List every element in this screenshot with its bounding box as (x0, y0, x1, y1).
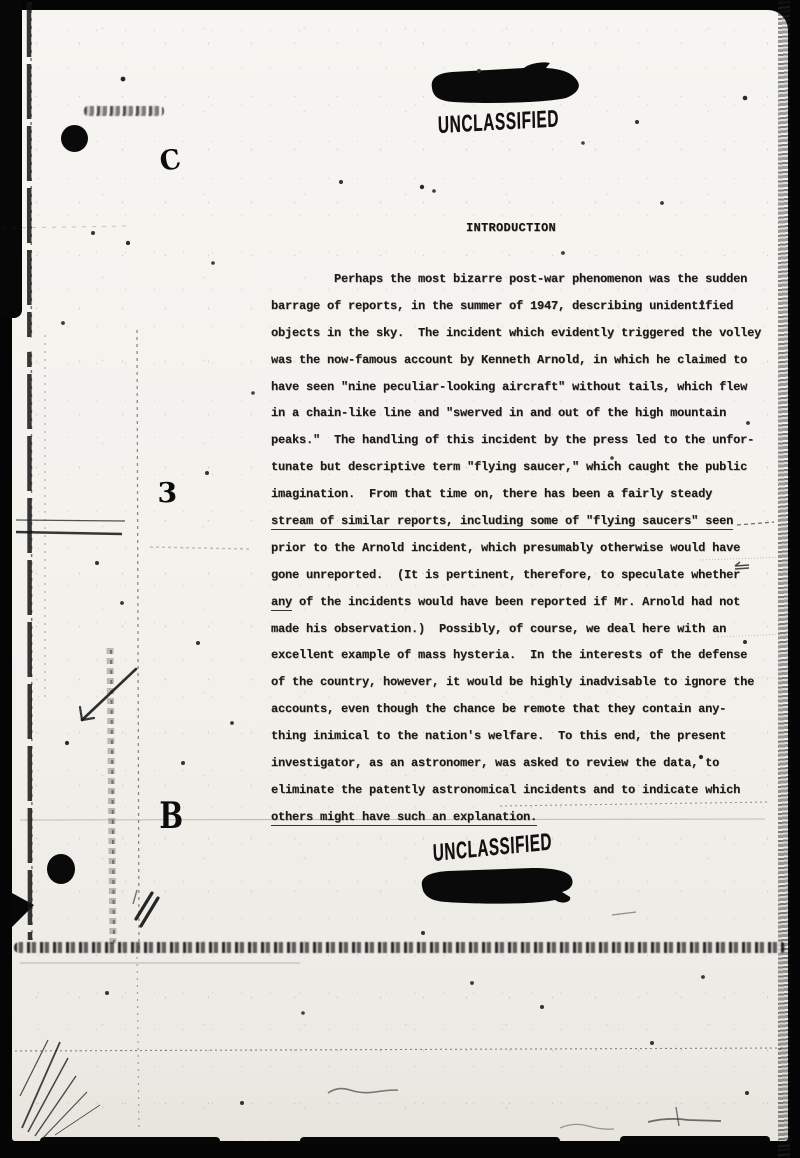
text-line: was the now-famous account by Kenneth Ar… (271, 353, 781, 380)
scratch-line-vertical (137, 330, 139, 950)
pencil-stroke (676, 1107, 679, 1126)
text-line: any of the incidents would have been rep… (271, 595, 781, 622)
pen-mark-squiggle: 3 (158, 478, 178, 509)
text-line: imagination. From that time on, there ha… (271, 487, 781, 514)
text-line: gone unreported. (It is pertinent, there… (271, 568, 781, 595)
pen-mark-b: B (159, 795, 183, 837)
scratch-line-vertical (111, 650, 114, 943)
scanned-document-page: UNCLASSIFIED INTRODUCTION Perhaps the mo… (0, 0, 800, 1158)
text-line: made his observation.) Possibly, of cour… (271, 622, 781, 649)
ink-smudge (84, 106, 164, 116)
scan-edge-shadow-bottom (300, 1137, 560, 1143)
text-line: have seen "nine peculiar-looking aircraf… (271, 380, 781, 407)
scratch-line-horizontal (15, 1048, 785, 1051)
pencil-squiggle (560, 1124, 614, 1129)
pencil-squiggle (328, 1089, 398, 1093)
scan-edge-shadow-topleft (0, 0, 22, 318)
page-content: UNCLASSIFIED INTRODUCTION Perhaps the mo… (0, 0, 800, 1158)
unclassified-stamp-top: UNCLASSIFIED (438, 105, 560, 140)
scan-edge-shadow-left (12, 893, 34, 927)
section-heading: INTRODUCTION (466, 221, 556, 235)
scan-white-notch (20, 337, 37, 352)
text-line: Perhaps the most bizarre post-war phenom… (271, 272, 781, 299)
punch-hole-top (61, 125, 88, 152)
scan-edge-shadow-bottom (620, 1136, 770, 1144)
pen-slashes (136, 893, 158, 926)
pencil-stroke (648, 1119, 721, 1122)
text-line: excellent example of mass hysteria. In t… (271, 648, 781, 675)
scratch-line-horizontal (16, 532, 122, 534)
scratch-line-vertical (31, 2, 32, 940)
pen-slashes (133, 890, 137, 904)
scratch-line-horizontal (612, 912, 636, 915)
text-line: barrage of reports, in the summer of 194… (271, 299, 781, 326)
scratch-line-vertical (29, 2, 30, 940)
text-line: of the country, however, it would be hig… (271, 675, 781, 702)
redaction-bar-bottom (412, 862, 584, 908)
text-line: prior to the Arnold incident, which pres… (271, 541, 781, 568)
text-line: stream of similar reports, including som… (271, 514, 781, 541)
pen-checkmark (82, 669, 136, 720)
pen-mark-c: C (157, 144, 183, 179)
pen-checkmark (80, 707, 94, 720)
scan-edge-shadow-bottom (40, 1137, 220, 1144)
text-line: peaks." The handling of this incident by… (271, 433, 781, 460)
text-line: eliminate the patently astronomical inci… (271, 783, 781, 810)
redaction-bar-top (424, 58, 594, 110)
scratch-fan (20, 1040, 100, 1138)
text-line: investigator, as an astronomer, was aske… (271, 756, 781, 783)
text-line: thing inimical to the nation's welfare. … (271, 729, 781, 756)
text-line: in a chain-like line and "swerved in and… (271, 406, 781, 433)
text-line: tunate but descriptive term "flying sauc… (271, 460, 781, 487)
scratch-line-vertical (137, 950, 139, 1132)
ink-flecks (0, 0, 2, 2)
scratch-line-vertical (110, 648, 113, 945)
body-text: Perhaps the most bizarre post-war phenom… (271, 272, 781, 837)
scratch-line-horizontal (16, 520, 125, 521)
text-line: accounts, even though the chance be remo… (271, 702, 781, 729)
scan-noise-band (14, 942, 786, 953)
scratch-line-horizontal (150, 547, 250, 549)
punch-hole-bottom (47, 854, 75, 884)
text-line: objects in the sky. The incident which e… (271, 326, 781, 353)
